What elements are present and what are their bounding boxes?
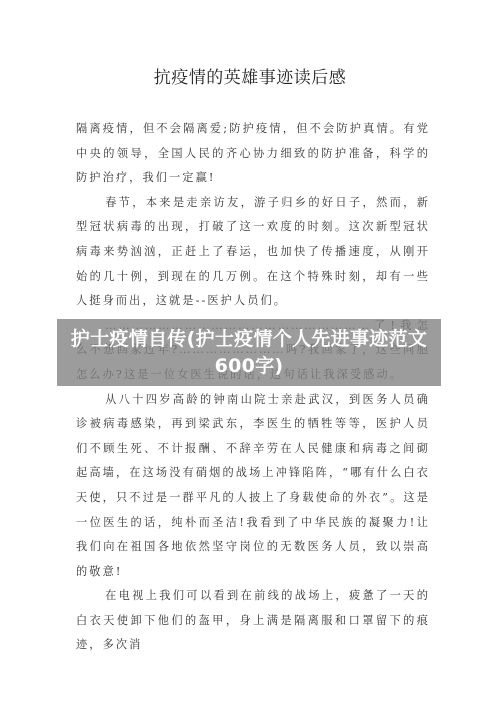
paragraph-1: 隔离疫情，但不会隔离爱;防护疫情，但不会防护真情。有党中央的领导，全国人民的齐心… — [76, 117, 430, 191]
document-page: 抗疫情的英雄事迹读后感 隔离疫情，但不会隔离爱;防护疫情，但不会防护真情。有党中… — [0, 0, 500, 706]
paragraph-5: 在电视上我们可以看到在前线的战场上，疲惫了一天的白衣天使卸下他们的盔甲，身上满是… — [76, 584, 430, 658]
overlay-title: 护士疫情自传(护士疫情个人先进事迹范文600字) — [69, 326, 429, 380]
document-title: 抗疫情的英雄事迹读后感 — [0, 63, 500, 88]
paragraph-2: 春节，本来是走亲访友，游子归乡的好日子，然而，新型冠状病毒的出现，打破了这一欢度… — [76, 191, 430, 314]
title-overlay-banner: 护士疫情自传(护士疫情个人先进事迹范文600字) — [57, 319, 441, 386]
paragraph-4: 从八十四岁高龄的钟南山院士亲赴武汉，到医务人员确诊被病毒感染，再到梁武东，李医生… — [76, 388, 430, 585]
document-body: 隔离疫情，但不会隔离爱;防护疫情，但不会防护真情。有党中央的领导，全国人民的齐心… — [76, 117, 430, 658]
